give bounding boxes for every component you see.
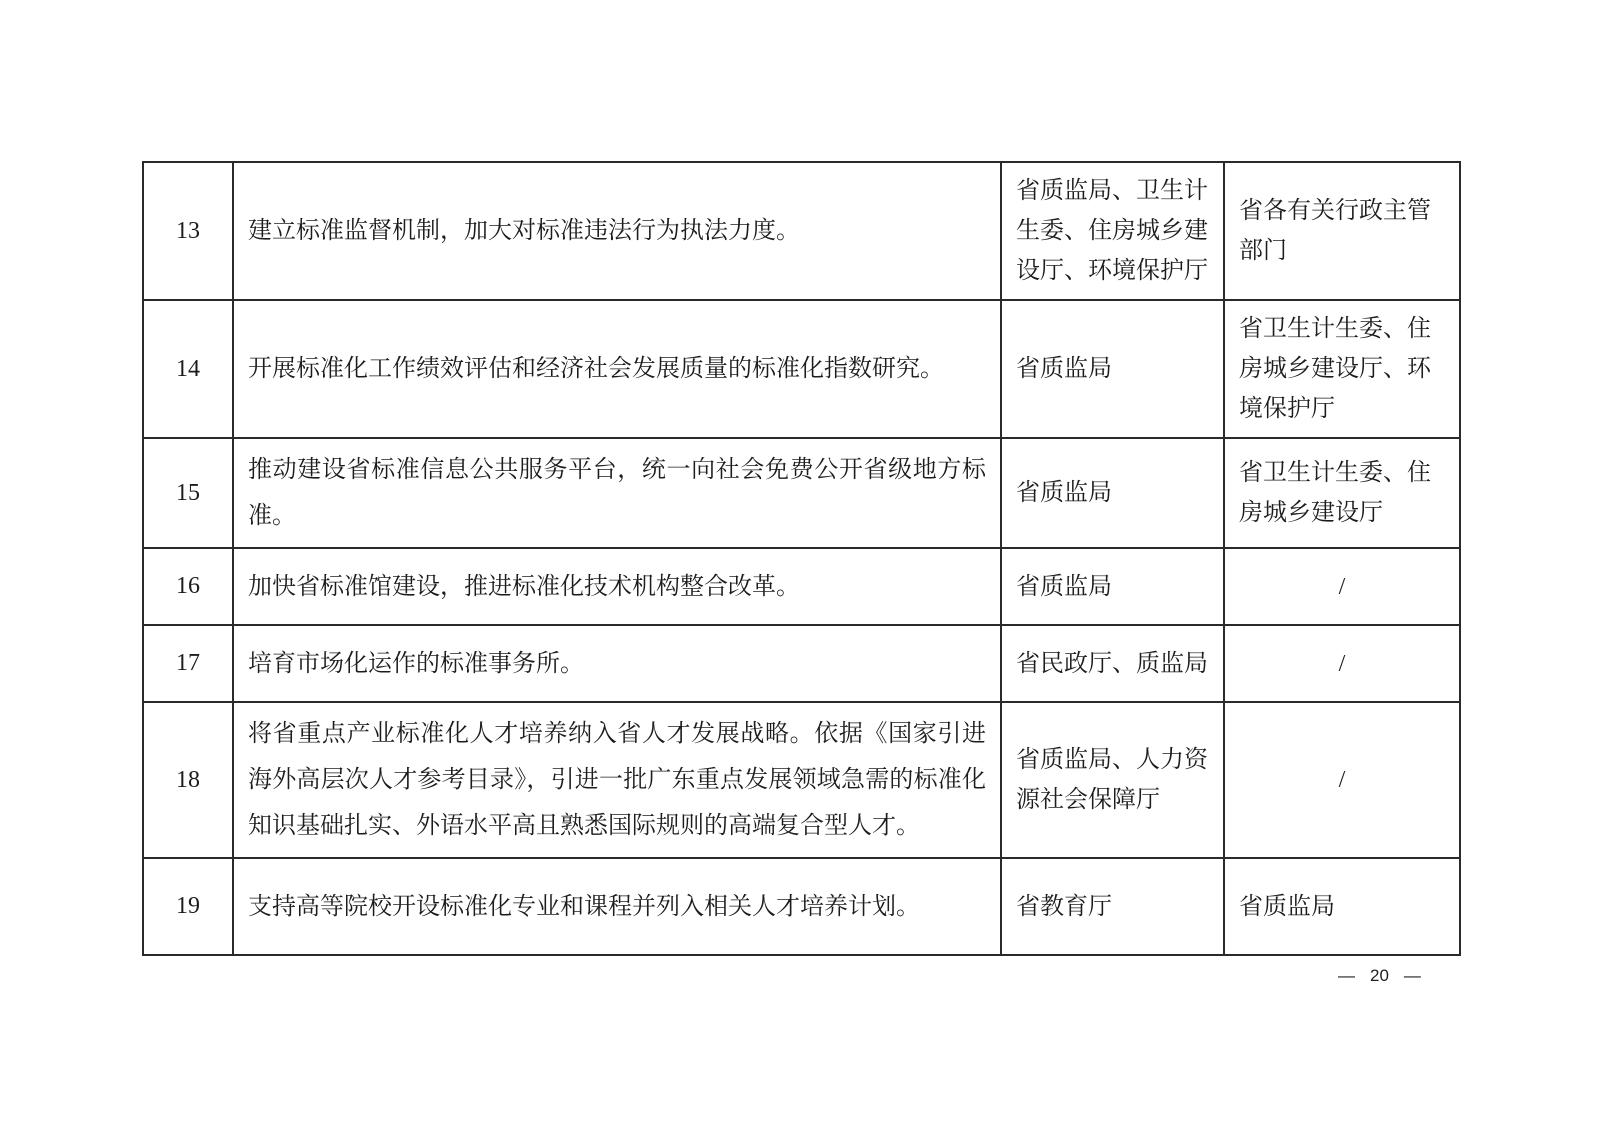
footer-dash-left: — [1338, 966, 1355, 986]
document-page: 13 建立标准监督机制，加大对标准违法行为执法力度。 省质监局、卫生计生委、住房… [0, 0, 1600, 1131]
lead-department-cell: 省教育厅 [1001, 858, 1224, 955]
lead-department-cell: 省质监局 [1001, 300, 1224, 438]
row-number-cell: 19 [143, 858, 233, 955]
task-cell: 将省重点产业标准化人才培养纳入省人才发展战略。依据《国家引进海外高层次人才参考目… [233, 702, 1001, 858]
table-row: 16 加快省标准馆建设，推进标准化技术机构整合改革。 省质监局 / [143, 548, 1460, 625]
lead-department-cell: 省质监局 [1001, 548, 1224, 625]
page-footer: — 20 — [1338, 966, 1421, 986]
task-cell: 建立标准监督机制，加大对标准违法行为执法力度。 [233, 162, 1001, 300]
row-number-cell: 15 [143, 438, 233, 548]
lead-department-cell: 省民政厅、质监局 [1001, 625, 1224, 702]
lead-department-cell: 省质监局、人力资源社会保障厅 [1001, 702, 1224, 858]
support-department-cell: / [1224, 702, 1460, 858]
lead-department-cell: 省质监局、卫生计生委、住房城乡建设厅、环境保护厅 [1001, 162, 1224, 300]
row-number-cell: 14 [143, 300, 233, 438]
task-cell: 支持高等院校开设标准化专业和课程并列入相关人才培养计划。 [233, 858, 1001, 955]
task-cell: 开展标准化工作绩效评估和经济社会发展质量的标准化指数研究。 [233, 300, 1001, 438]
task-cell: 培育市场化运作的标准事务所。 [233, 625, 1001, 702]
row-number-cell: 13 [143, 162, 233, 300]
task-cell: 加快省标准馆建设，推进标准化技术机构整合改革。 [233, 548, 1001, 625]
lead-department-cell: 省质监局 [1001, 438, 1224, 548]
support-department-cell: 省卫生计生委、住房城乡建设厅 [1224, 438, 1460, 548]
table-row: 19 支持高等院校开设标准化专业和课程并列入相关人才培养计划。 省教育厅 省质监… [143, 858, 1460, 955]
support-department-cell: 省质监局 [1224, 858, 1460, 955]
row-number-cell: 16 [143, 548, 233, 625]
task-cell: 推动建设省标准信息公共服务平台，统一向社会免费公开省级地方标准。 [233, 438, 1001, 548]
support-department-cell: / [1224, 625, 1460, 702]
table-row: 14 开展标准化工作绩效评估和经济社会发展质量的标准化指数研究。 省质监局 省卫… [143, 300, 1460, 438]
table-row: 17 培育市场化运作的标准事务所。 省民政厅、质监局 / [143, 625, 1460, 702]
row-number-cell: 18 [143, 702, 233, 858]
table-row: 15 推动建设省标准信息公共服务平台，统一向社会免费公开省级地方标准。 省质监局… [143, 438, 1460, 548]
task-assignment-table: 13 建立标准监督机制，加大对标准违法行为执法力度。 省质监局、卫生计生委、住房… [142, 161, 1461, 956]
support-department-cell: 省卫生计生委、住房城乡建设厅、环境保护厅 [1224, 300, 1460, 438]
row-number-cell: 17 [143, 625, 233, 702]
footer-page-number: 20 [1370, 966, 1389, 986]
table-row: 13 建立标准监督机制，加大对标准违法行为执法力度。 省质监局、卫生计生委、住房… [143, 162, 1460, 300]
table-row: 18 将省重点产业标准化人才培养纳入省人才发展战略。依据《国家引进海外高层次人才… [143, 702, 1460, 858]
footer-dash-right: — [1404, 966, 1421, 986]
support-department-cell: / [1224, 548, 1460, 625]
support-department-cell: 省各有关行政主管部门 [1224, 162, 1460, 300]
